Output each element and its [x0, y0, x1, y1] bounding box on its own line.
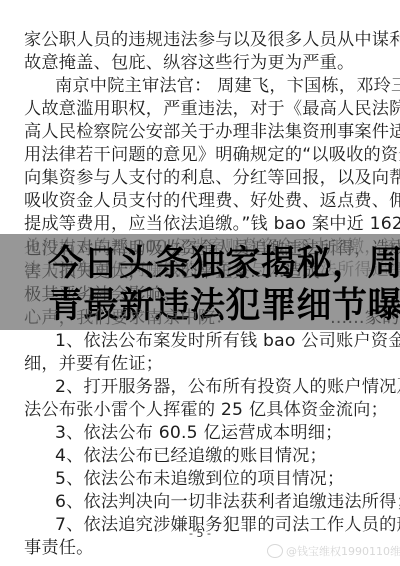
doc-line: 用法律若干问题的意见》明确规定的“以吸收的资金	[24, 144, 380, 167]
doc-line: 人故意滥用职权，严重违法，对于《最高人民法院最	[24, 98, 380, 121]
headline-line-1: 今日头条独家揭秘，周	[48, 244, 378, 284]
watermark-text: @钱宝维权1990110维权	[286, 543, 400, 559]
doc-line: 家公职人员的违规违法参与以及很多人员从中谋利，	[24, 29, 380, 52]
doc-line: 向集资参与人支付的利息、分红等回报，以及向帮助	[24, 167, 380, 190]
doc-line: 故意掩盖、包庇、纵容这些行为更为严重。	[24, 52, 380, 75]
weibo-logo-icon	[267, 544, 283, 558]
doc-line: 提成等费用，应当依法追缴。”钱 bao 案中近 162-185	[24, 213, 380, 236]
headline-line-2: 青最新违法犯罪细节曝	[48, 286, 378, 326]
doc-line: 高人民检察院公安部关于办理非法集资刑事案件适	[24, 121, 380, 144]
page-number: - 5 -	[0, 527, 400, 540]
doc-line: 吸收资金人员支付的代理费、好处费、返点费、佣金、	[24, 190, 380, 213]
watermark: @钱宝维权1990110维权	[267, 543, 400, 559]
headline-banner: 也没有对向帮助吸收资金人员追缴违法所得，造成被 害人损失更大，……公平正义……造…	[0, 234, 400, 330]
doc-line: 南京中院主审法官： 周建飞，卞国栋，邓玲三	[55, 75, 385, 98]
